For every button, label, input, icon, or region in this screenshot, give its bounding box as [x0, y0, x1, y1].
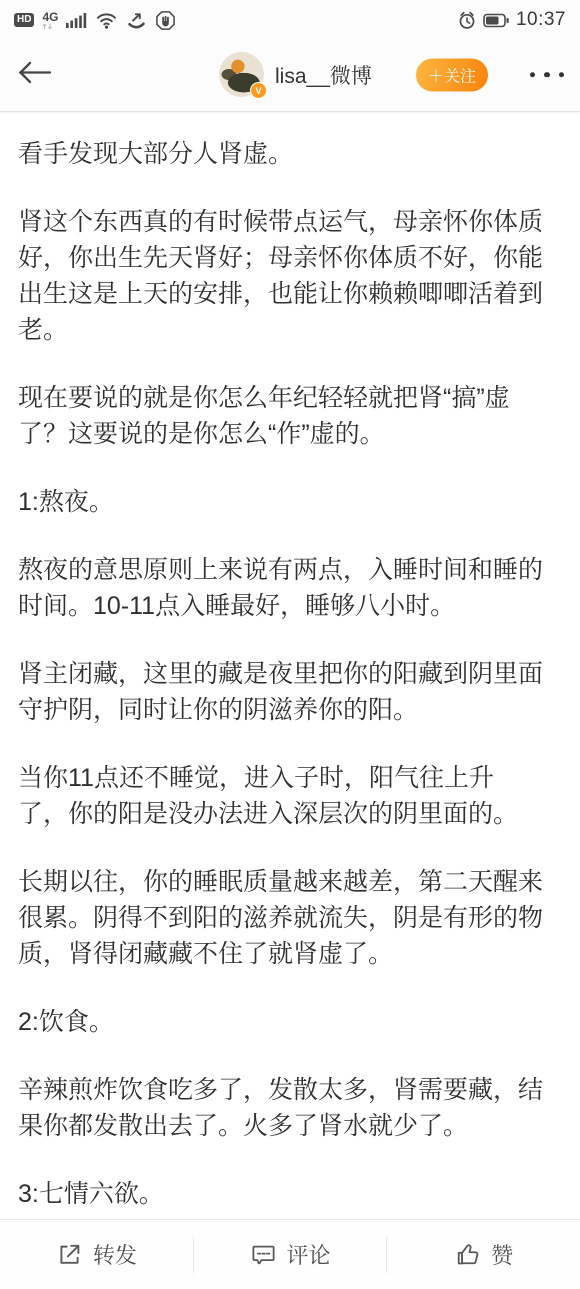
more-icon	[530, 72, 536, 78]
avatar[interactable]: V	[219, 52, 264, 97]
thumbs-up-icon	[454, 1241, 481, 1268]
status-bar: HD 4G	[0, 0, 580, 38]
post-paragraph: 2:饮食。	[18, 1004, 562, 1040]
weibo-post-screen: HD 4G	[0, 0, 580, 1289]
hd-badge: HD	[14, 13, 34, 27]
more-icon	[559, 72, 565, 78]
author-profile[interactable]: V lisa__微博	[219, 38, 372, 111]
post-body: 看手发现大部分人肾虚。肾这个东西真的有时候带点运气，母亲怀你体质 好，你出生先天…	[0, 112, 580, 1212]
like-label: 赞	[491, 1239, 513, 1270]
verified-badge: V	[250, 82, 267, 99]
wifi-icon	[95, 11, 118, 29]
follow-button[interactable]: ＋关注	[416, 58, 488, 91]
call-forward-icon	[126, 11, 147, 29]
nav-bar: V lisa__微博 ＋关注	[0, 38, 580, 111]
post-paragraph: 3:七情六欲。	[18, 1176, 562, 1212]
alarm-icon	[457, 10, 477, 30]
status-bar-right: 10:37	[457, 9, 566, 31]
comment-label: 评论	[287, 1239, 331, 1270]
bottom-toolbar: 转发 评论 赞	[0, 1219, 580, 1289]
post-paragraph: 当你11点还不睡觉，进入子时，阳气往上升 了，你的阳是没办法进入深层次的阴里面的…	[18, 760, 562, 832]
repost-icon	[56, 1241, 83, 1268]
post-paragraph: 肾这个东西真的有时候带点运气，母亲怀你体质 好，你出生先天肾好；母亲怀你体质不好…	[18, 204, 562, 348]
post-paragraph: 辛辣煎炸饮食吃多了，发散太多，肾需要藏，结 果你都发散出去了。火多了肾水就少了。	[18, 1072, 562, 1144]
comment-button[interactable]: 评论	[194, 1220, 387, 1289]
comment-icon	[250, 1241, 277, 1268]
more-icon	[544, 72, 550, 78]
back-arrow-icon	[16, 59, 52, 85]
post-paragraph: 长期以往，你的睡眠质量越来越差，第二天醒来 很累。阴得不到阳的滋养就流失，阴是有…	[18, 864, 562, 972]
post-paragraph: 1:熬夜。	[18, 484, 562, 520]
back-button[interactable]	[16, 59, 52, 90]
more-button[interactable]	[530, 66, 565, 84]
like-button[interactable]: 赞	[387, 1220, 580, 1289]
post-paragraph: 看手发现大部分人肾虚。	[18, 136, 562, 172]
battery-icon	[483, 13, 510, 28]
updown-arrows-icon	[42, 23, 53, 30]
signal-bars-icon	[66, 12, 87, 29]
post-paragraph: 肾主闭藏，这里的藏是夜里把你的阳藏到阴里面 守护阴，同时让你的阴滋养你的阳。	[18, 656, 562, 728]
4g-network-icon: 4G	[42, 11, 58, 30]
repost-label: 转发	[93, 1239, 137, 1270]
author-username[interactable]: lisa__微博	[275, 60, 372, 90]
clock-time: 10:37	[516, 9, 566, 31]
interruption-mode-icon	[155, 10, 176, 31]
post-paragraph: 熬夜的意思原则上来说有两点，入睡时间和睡的 时间。10-11点入睡最好，睡够八小…	[18, 552, 562, 624]
header: HD 4G	[0, 0, 580, 112]
post-paragraph: 现在要说的就是你怎么年纪轻轻就把肾“搞”虚 了？这要说的是你怎么“作”虚的。	[18, 380, 562, 452]
repost-button[interactable]: 转发	[0, 1220, 193, 1289]
